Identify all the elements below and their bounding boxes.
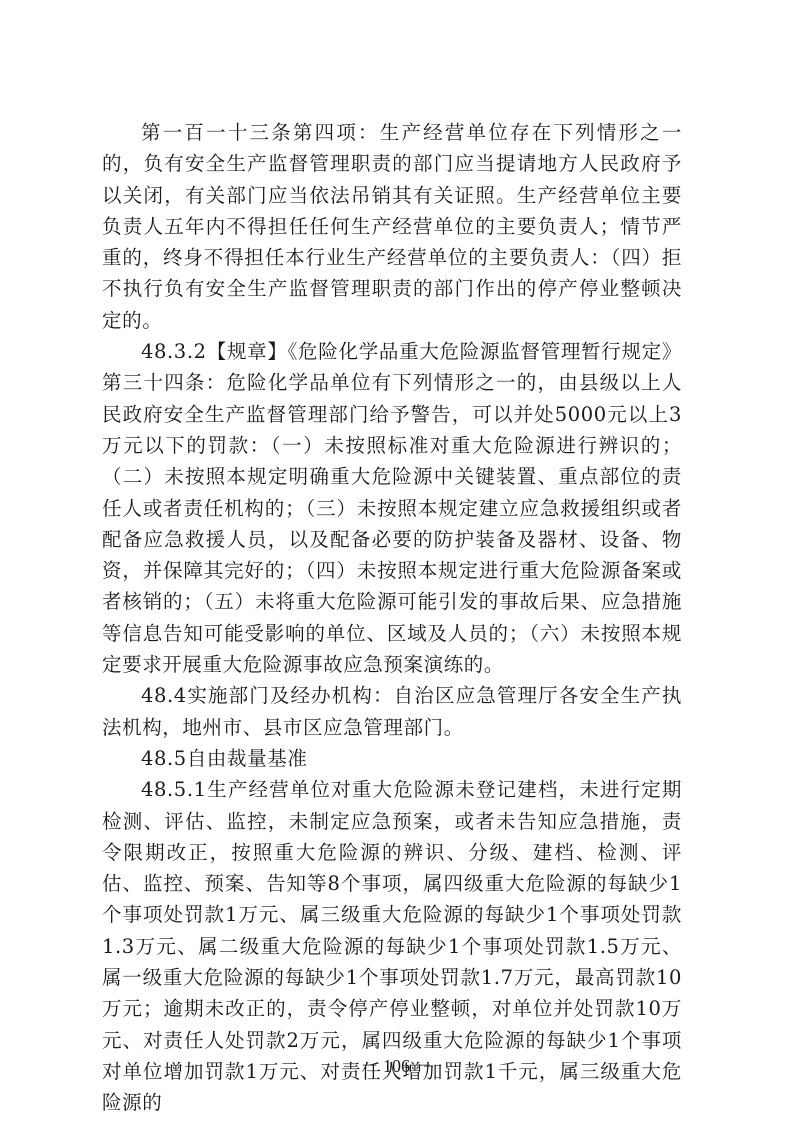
document-body: 第一百一十三条第四项：生产经营单位存在下列情形之一的，负有安全生产监督管理职责的…: [102, 117, 682, 1119]
heading-48-5: 48.5自由裁量基准: [102, 743, 682, 774]
paragraph-48-3-2: 48.3.2【规章】《危险化学品重大危险源监督管理暂行规定》第三十四条：危险化学…: [102, 336, 682, 680]
paragraph-article-113: 第一百一十三条第四项：生产经营单位存在下列情形之一的，负有安全生产监督管理职责的…: [102, 117, 682, 336]
page-number: － 106 －: [0, 1052, 793, 1078]
paragraph-48-4: 48.4实施部门及经办机构：自治区应急管理厅各安全生产执法机构，地州市、县市区应…: [102, 680, 682, 743]
